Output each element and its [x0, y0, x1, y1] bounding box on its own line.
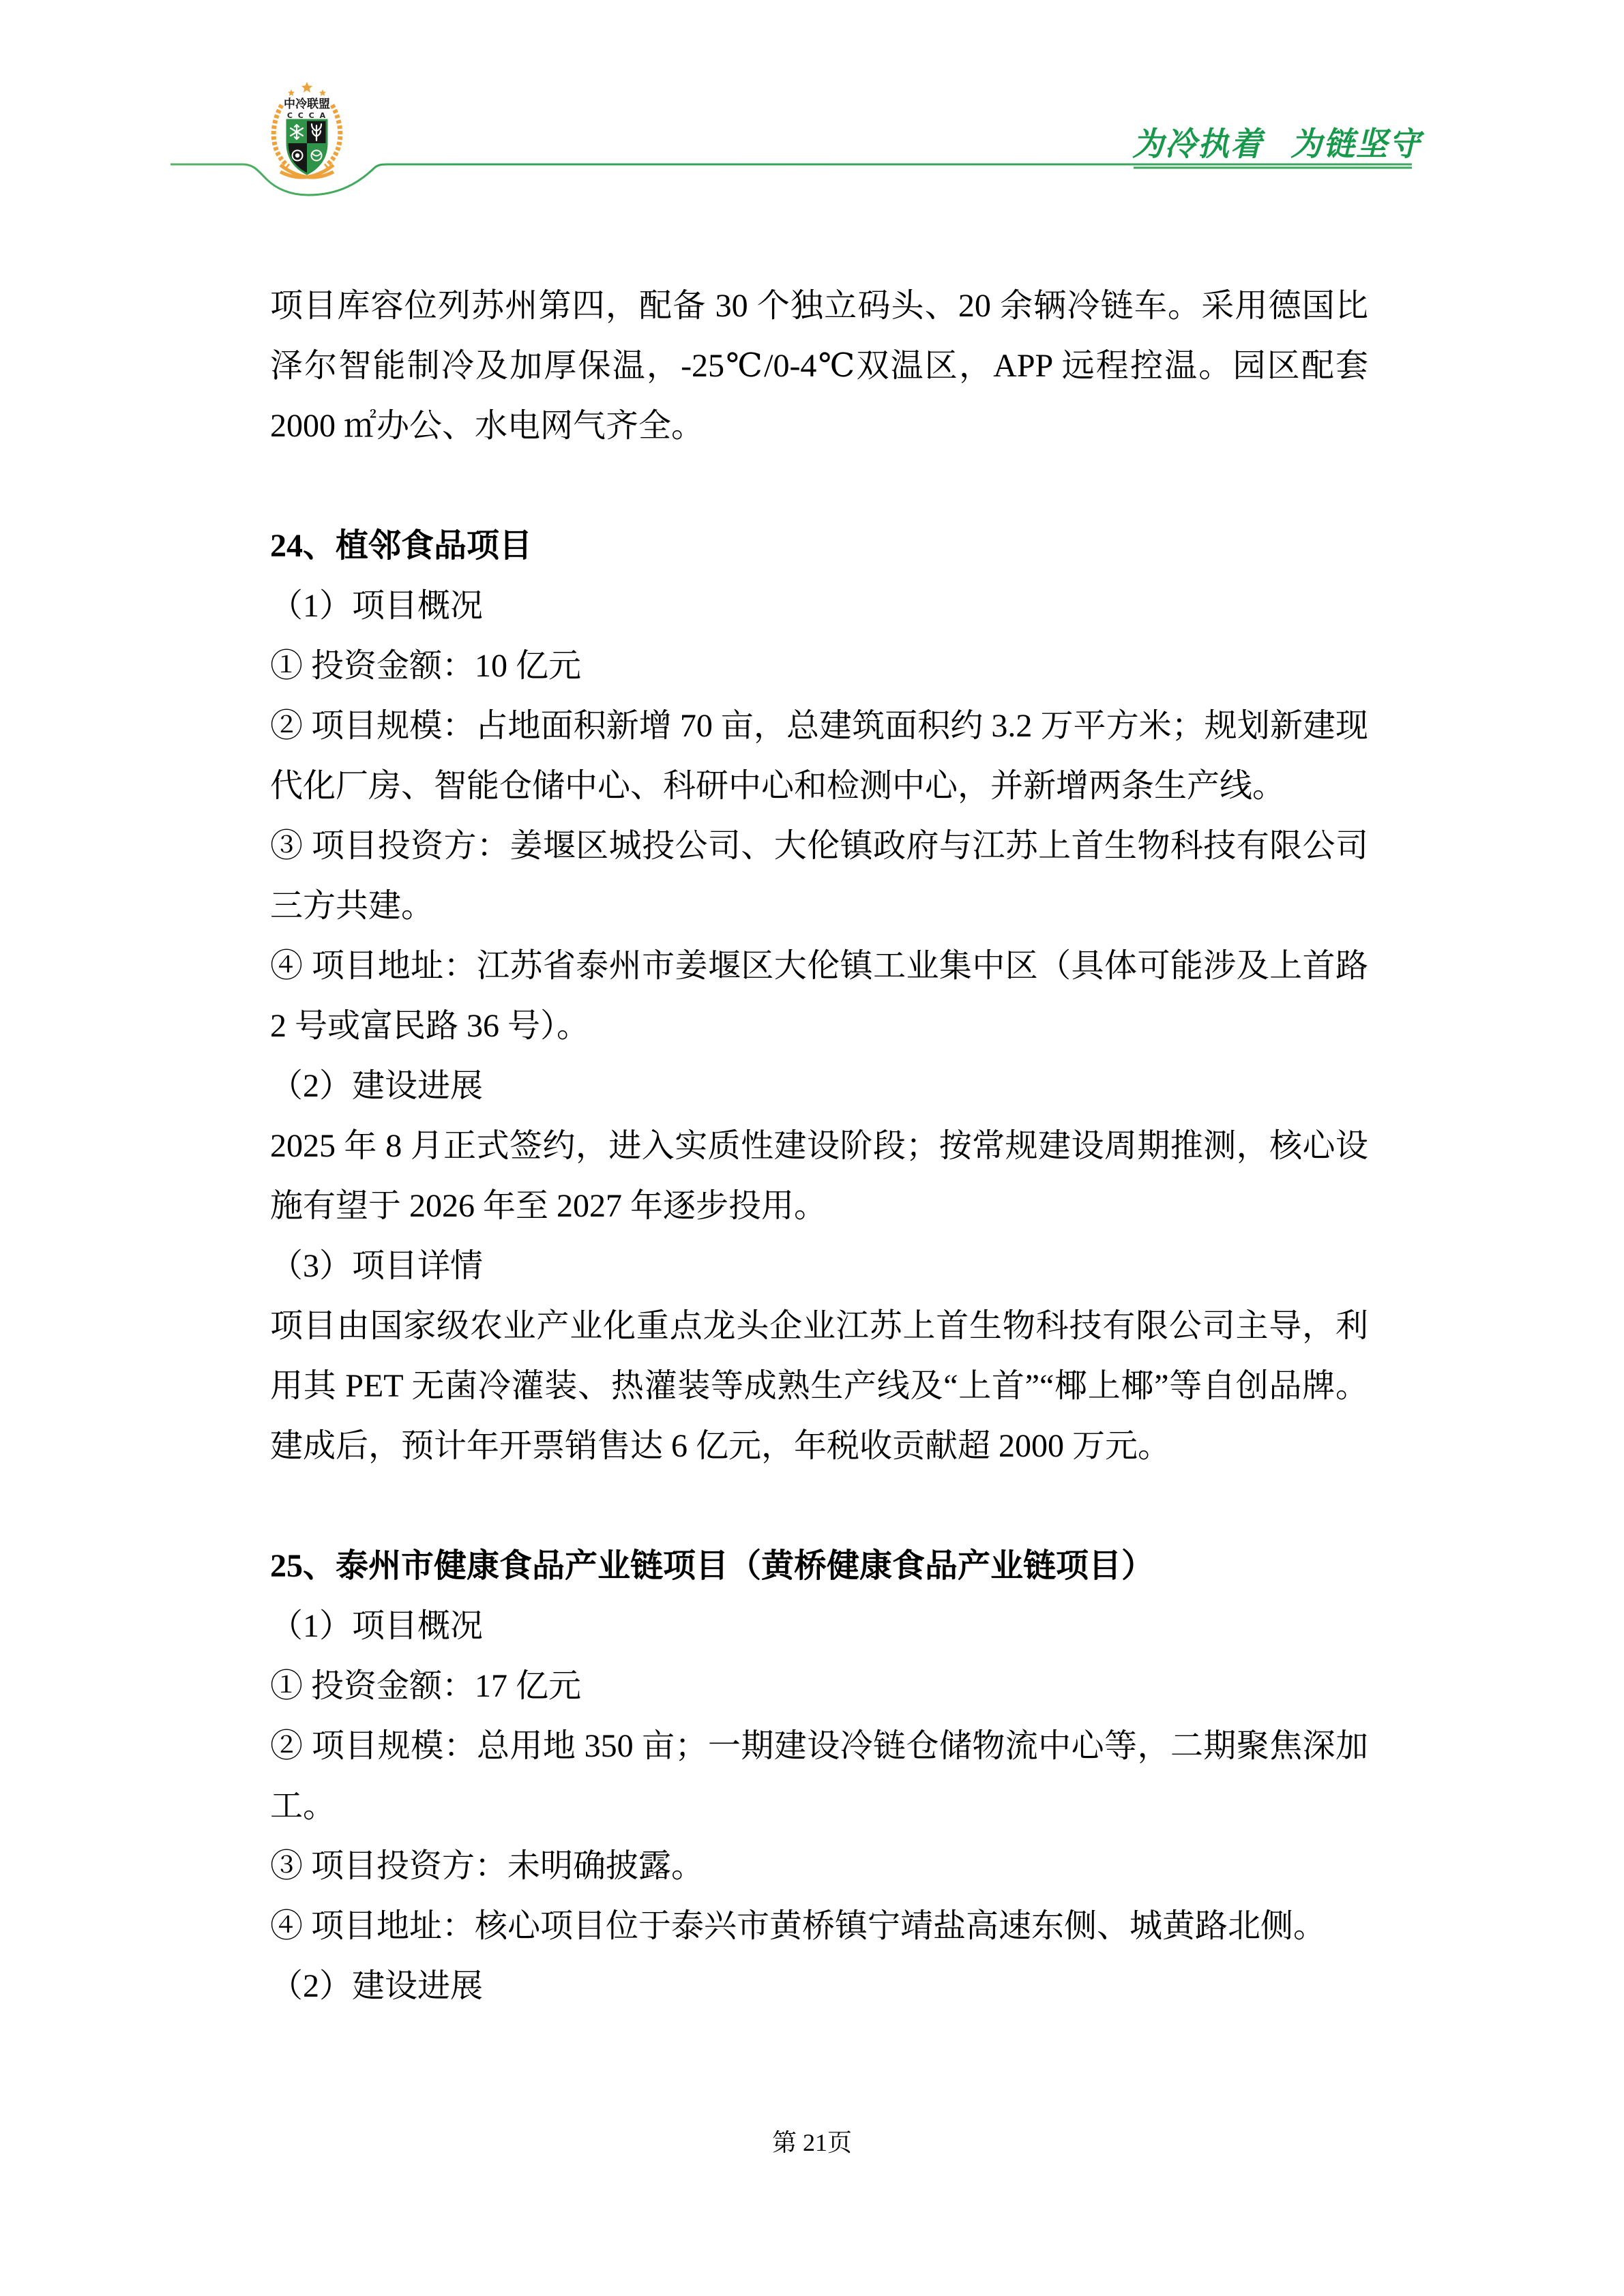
- section-paragraph: （1）项目概况: [270, 576, 1368, 636]
- section-heading: 24、植邻食品项目: [270, 516, 1368, 576]
- section-paragraph: 项目由国家级农业产业化重点龙头企业江苏上首生物科技有限公司主导，利用其 PET …: [270, 1296, 1368, 1476]
- ccca-logo: 中冷联盟 C C C A: [261, 79, 353, 183]
- section-paragraph: ① 投资金额：10 亿元: [270, 636, 1368, 696]
- logo-org-cn: 中冷联盟: [284, 97, 330, 111]
- star-icon: [288, 89, 295, 96]
- section-paragraph: ④ 项目地址：核心项目位于泰兴市黄桥镇宁靖盐高速东侧、城黄路北侧。: [270, 1896, 1368, 1956]
- section-paragraph: （2）建设进展: [270, 1056, 1368, 1116]
- section-paragraph: （1）项目概况: [270, 1596, 1368, 1656]
- section-paragraph: ③ 项目投资方：未明确披露。: [270, 1836, 1368, 1896]
- section-paragraph: ④ 项目地址：江苏省泰州市姜堰区大伦镇工业集中区（具体可能涉及上首路 2 号或富…: [270, 936, 1368, 1056]
- intro-paragraph: 项目库容位列苏州第四，配备 30 个独立码头、20 余辆冷链车。采用德国比泽尔智…: [270, 276, 1368, 456]
- section-paragraph: （2）建设进展: [270, 1956, 1368, 2016]
- section-paragraph: ② 项目规模：总用地 350 亩；一期建设冷链仓储物流中心等，二期聚焦深加工。: [270, 1716, 1368, 1836]
- star-icon: [301, 82, 312, 93]
- section-paragraph: ② 项目规模：占地面积新增 70 亩，总建筑面积约 3.2 万平方米；规划新建现…: [270, 696, 1368, 816]
- document-page: 中冷联盟 C C C A: [0, 0, 1624, 2296]
- star-icon: [319, 89, 326, 96]
- section-paragraph: ① 投资金额：17 亿元: [270, 1656, 1368, 1716]
- page-number: 第 21页: [0, 2126, 1624, 2159]
- section-paragraph: （3）项目详情: [270, 1236, 1368, 1296]
- header-slogan: 为冷执着 为链坚守: [1132, 126, 1419, 162]
- logo-org-en: C C C A: [287, 111, 327, 120]
- section-paragraph: ③ 项目投资方：姜堰区城投公司、大伦镇政府与江苏上首生物科技有限公司三方共建。: [270, 816, 1368, 936]
- document-body: 项目库容位列苏州第四，配备 30 个独立码头、20 余辆冷链车。采用德国比泽尔智…: [270, 276, 1368, 2016]
- section-heading: 25、泰州市健康食品产业链项目（黄桥健康食品产业链项目）: [270, 1536, 1368, 1596]
- section-paragraph: 2025 年 8 月正式签约，进入实质性建设阶段；按常规建设周期推测，核心设施有…: [270, 1116, 1368, 1236]
- header-rule: [0, 0, 1624, 232]
- sections: 24、植邻食品项目（1）项目概况① 投资金额：10 亿元② 项目规模：占地面积新…: [270, 516, 1368, 2016]
